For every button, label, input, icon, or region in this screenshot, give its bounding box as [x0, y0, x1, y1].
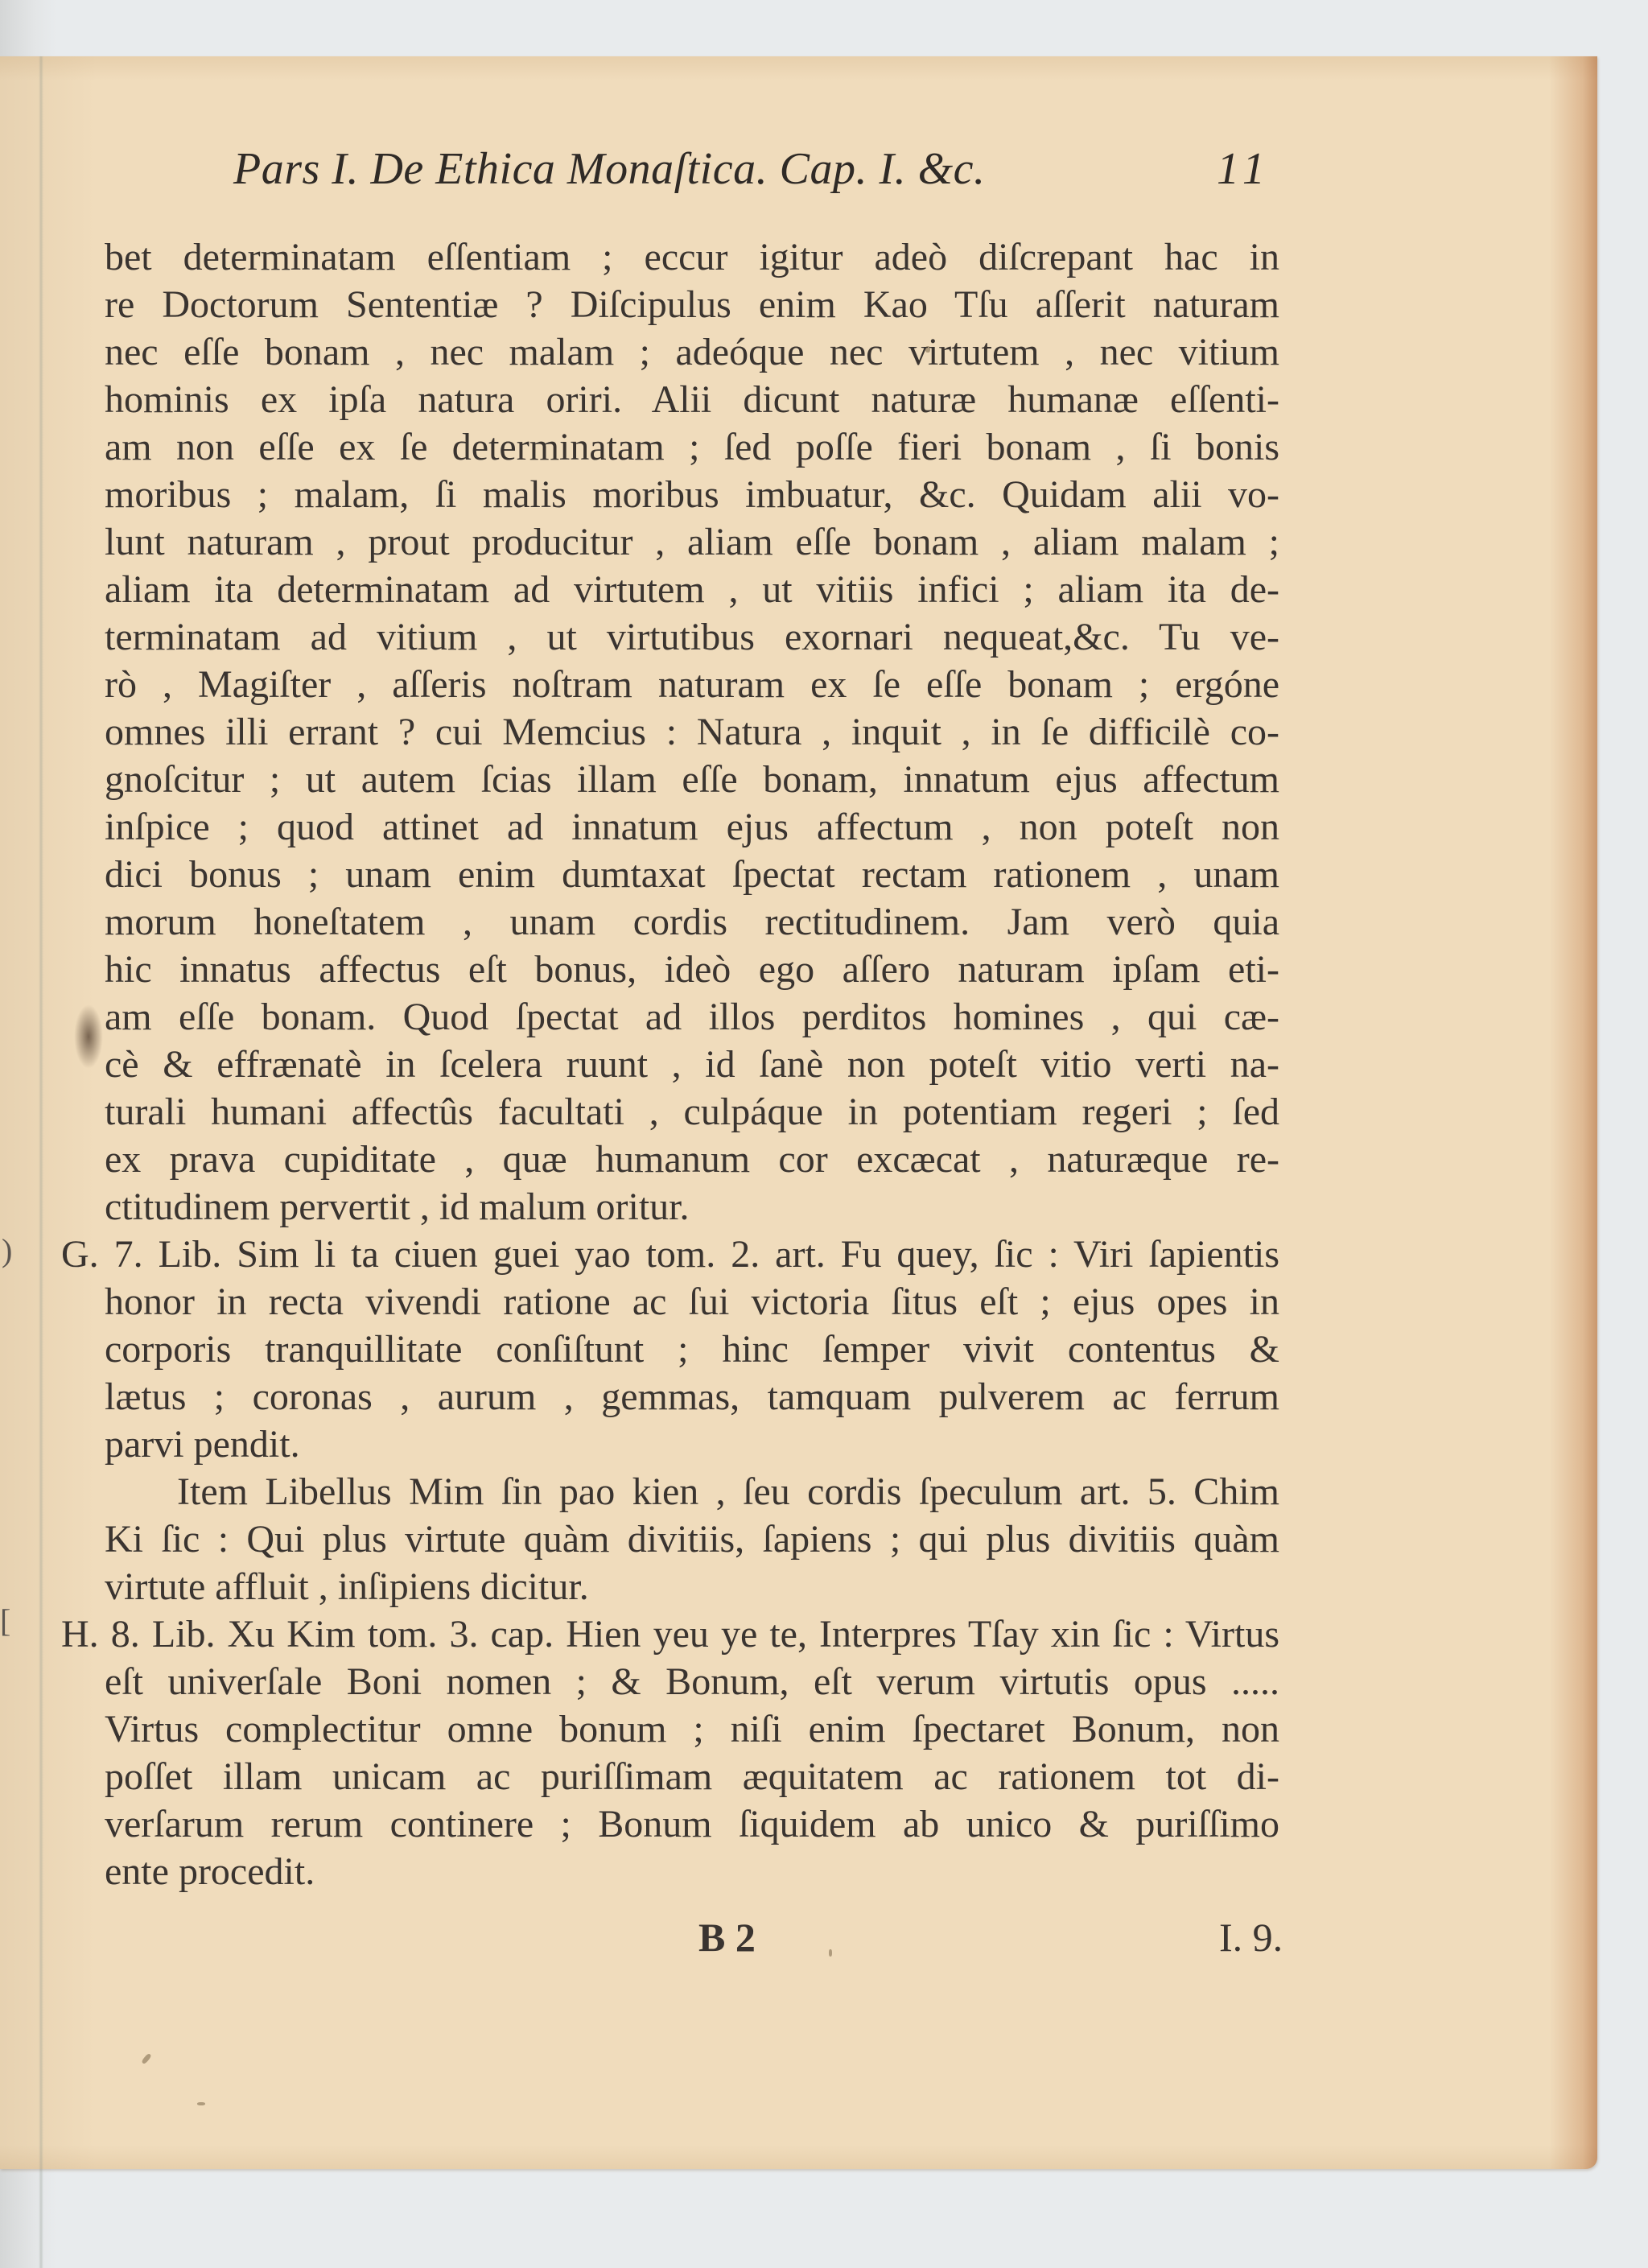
text-line: rò , Magiſter , aſſeris noſtram naturam … [105, 661, 1279, 708]
text-line: gnoſcitur ; ut autem ſcias illam eſſe bo… [105, 756, 1279, 803]
text-line: turali humani affectûs facultati , culpá… [105, 1088, 1279, 1136]
text-line: aliam ita determinatam ad virtutem , ut … [105, 566, 1279, 613]
gutter-fold-line [39, 56, 43, 2268]
text-line: cè & effrænatè in ſcelera ruunt , id ſan… [105, 1041, 1279, 1088]
paper-speck [829, 1949, 832, 1957]
text-line: terminatam ad vitium , ut virtutibus exo… [105, 613, 1279, 661]
text-line: hic innatus affectus eſt bonus, ideò ego… [105, 946, 1279, 993]
page-number: 11 [1217, 143, 1271, 195]
text-line: moribus ; malam, ſi malis moribus imbuat… [105, 471, 1279, 518]
ink-stain [74, 1004, 103, 1069]
catchword: I. 9. [1219, 1914, 1283, 1961]
note-h-line: poſſet illam unicam ac puriſſimam æquita… [105, 1753, 1279, 1800]
note-g-item-line: Ki ſic : Qui plus virtute quàm divitiis,… [105, 1515, 1279, 1563]
note-g-line: parvi pendit. [105, 1421, 1279, 1468]
note-h-line: H. 8. Lib. Xu Kim tom. 3. cap. Hien yeu … [61, 1610, 1279, 1658]
note-g-line: G. 7. Lib. Sim li ta ciuen guei yao tom.… [61, 1231, 1279, 1278]
note-h-line: eſt univerſale Boni nomen ; & Bonum, eſt… [105, 1658, 1279, 1705]
text-line: lunt naturam , prout producitur , aliam … [105, 518, 1279, 566]
signature-mark: B 2 [698, 1914, 756, 1961]
text-line: hominis ex ipſa natura oriri. Alii dicun… [105, 376, 1279, 423]
bleed-through-mark: ) [2, 1231, 12, 1269]
text-line: morum honeſtatem , unam cordis rectitudi… [105, 898, 1279, 946]
bleed-through-mark: [ [0, 1602, 10, 1639]
note-g-line: lætus ; coronas , aurum , gemmas, tamqua… [105, 1373, 1279, 1421]
text-line: dici bonus ; unam enim dumtaxat ſpectat … [105, 851, 1279, 898]
note-g-item-line: virtute affluit , inſipiens dicitur. [105, 1563, 1279, 1610]
text-line: bet determinatam eſſentiam ; eccur igitu… [105, 233, 1279, 281]
paper-speck [197, 2102, 205, 2105]
text-line: ctitudinem pervertit , id malum oritur. [105, 1183, 1279, 1231]
running-head: Pars I. De Ethica Monaſtica. Cap. I. &c.… [233, 143, 1279, 200]
text-line: ex prava cupiditate , quæ humanum cor ex… [105, 1136, 1279, 1183]
note-h-line: Virtus complectitur omne bonum ; niſi en… [105, 1705, 1279, 1753]
note-g-item-line: Item Libellus Mim ſin pao kien , ſeu cor… [177, 1468, 1279, 1515]
running-head-title: Pars I. De Ethica Monaſtica. Cap. I. &c. [233, 143, 986, 195]
text-line: inſpice ; quod attinet ad innatum ejus a… [105, 803, 1279, 851]
text-line: am eſſe bonam. Quod ſpectat ad illos per… [105, 993, 1279, 1041]
note-h-line: ente procedit. [105, 1848, 1279, 1895]
note-g-line: corporis tranquillitate conſiſtunt ; hin… [105, 1326, 1279, 1373]
text-line: nec eſſe bonam , nec malam ; adeóque nec… [105, 328, 1279, 376]
text-line: re Doctorum Sententiæ ? Diſcipulus enim … [105, 281, 1279, 328]
text-line: am non eſſe ex ſe determinatam ; ſed poſ… [105, 423, 1279, 471]
note-g-line: honor in recta vivendi ratione ac ſui vi… [105, 1278, 1279, 1326]
note-h-line: verſarum rerum continere ; Bonum ſiquide… [105, 1800, 1279, 1848]
text-line: omnes illi errant ? cui Memcius : Natura… [105, 708, 1279, 756]
